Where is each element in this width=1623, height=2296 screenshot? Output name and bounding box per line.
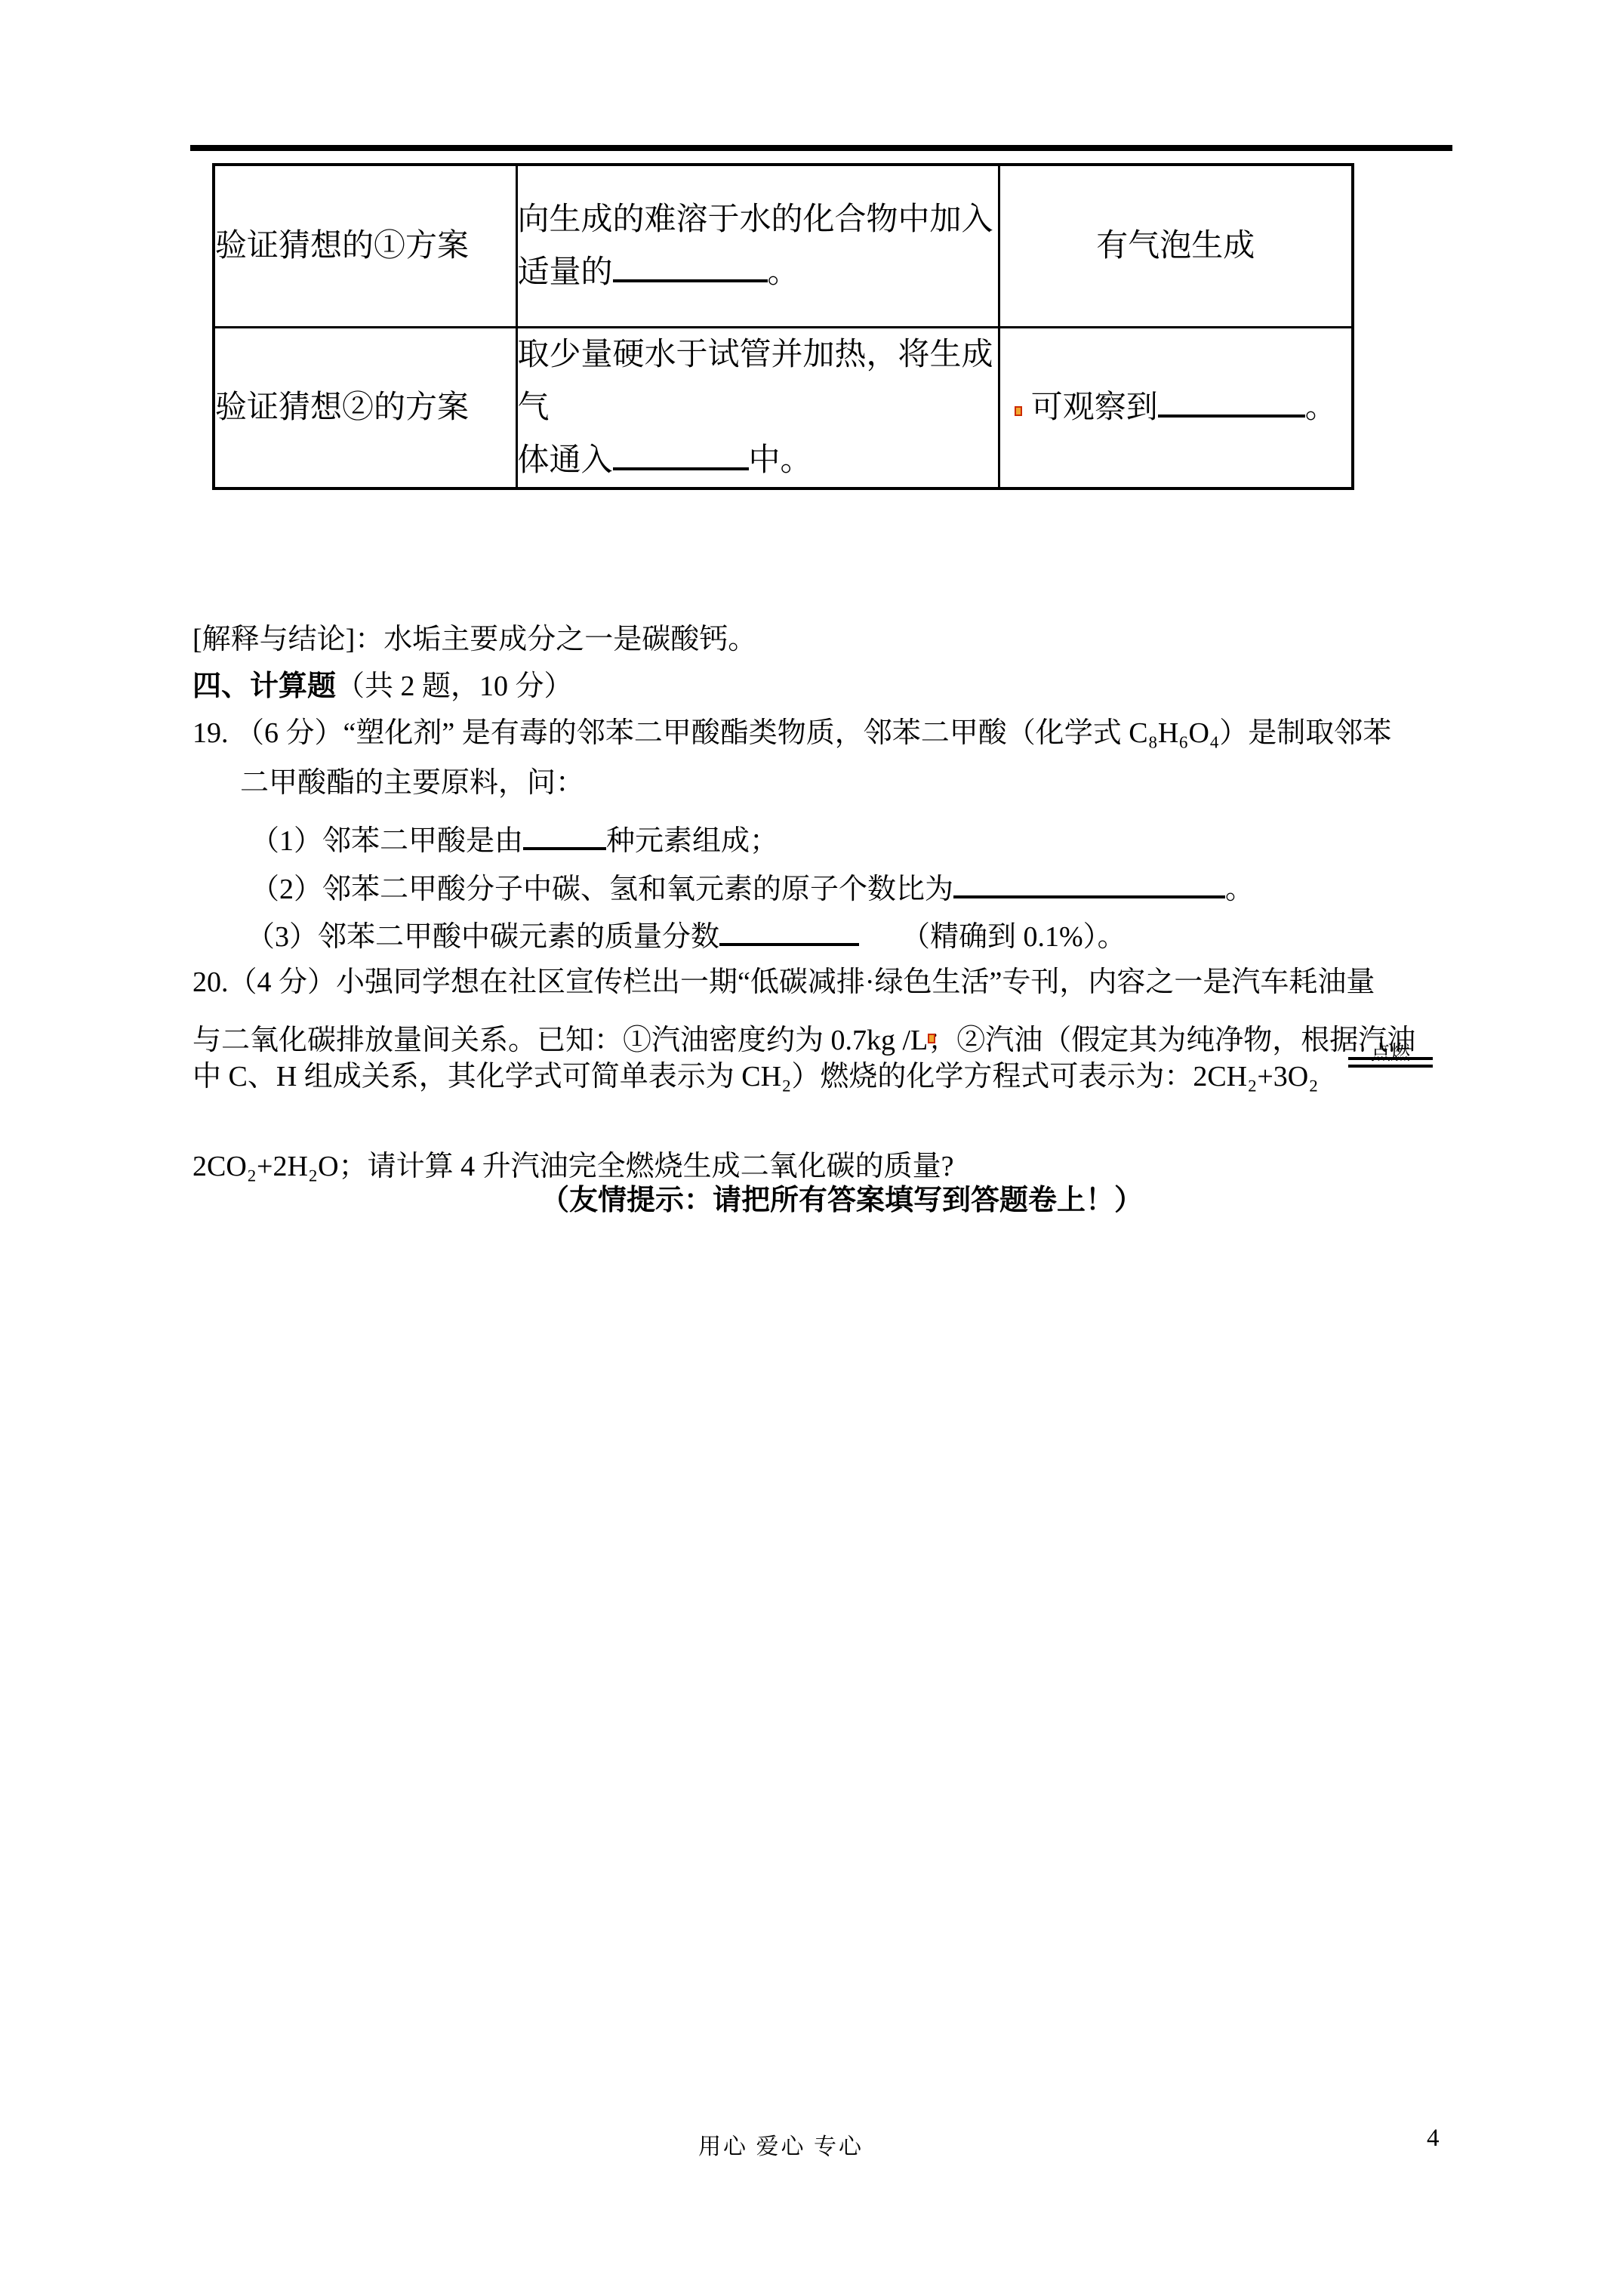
method-text-line: 向生成的难溶于水的化合物中加入: [518, 193, 998, 246]
sub-question-text-post: （精确到 0.1%）。: [901, 921, 1126, 953]
method-text-pre: 体通入: [518, 443, 613, 478]
hint-line: （友情提示：请把所有答案填写到答题卷上！）: [540, 1182, 1143, 1219]
result-cell: 有气泡生成: [999, 165, 1353, 327]
page-number: 4: [1427, 2125, 1440, 2153]
method-cell: 取少量硬水于试管并加热，将生成气 体通入中。: [516, 327, 999, 488]
annotation-marker-icon: [1015, 406, 1022, 416]
experiment-verification-table: 验证猜想的①方案 向生成的难溶于水的化合物中加入 适量的。 有气泡生成 验证猜想…: [212, 163, 1354, 490]
question-19-line-1: 19. （6 分）“塑化剂” 是有毒的邻苯二甲酸酯类物质，邻苯二甲酸（化学式 C…: [192, 715, 1391, 751]
method-text-post: 。: [768, 255, 799, 290]
method-text-post: 中。: [749, 443, 812, 478]
result-text-pre: 可观察到: [1031, 390, 1158, 425]
result-text-post: 。: [1305, 390, 1337, 425]
footer-motto: 用心 爱心 专心: [698, 2128, 864, 2161]
question-19-sub-1: （1）邻苯二甲酸是由种元素组成；: [251, 818, 778, 859]
answer-blank: [1158, 382, 1305, 418]
sub-question-text-pre: （1）邻苯二甲酸是由: [251, 825, 523, 857]
method-text-pre: 适量的: [518, 255, 613, 290]
answer-blank: [523, 818, 606, 850]
question-19-line-2: 二甲酸酯的主要原料，问：: [240, 765, 584, 801]
plan-label: 验证猜想的①方案: [215, 229, 469, 264]
sub-question-text-pre: （2）邻苯二甲酸分子中碳、氢和氧元素的原子个数比为: [251, 874, 953, 905]
question-19-sub-3: （3）邻苯二甲酸中碳元素的质量分数（精确到 0.1%）。: [246, 914, 1126, 955]
table-row: 验证猜想的①方案 向生成的难溶于水的化合物中加入 适量的。 有气泡生成: [214, 165, 1353, 327]
question-20-line-3: 中 C、H 组成关系，其化学式可简单表示为 CH₂）燃烧的化学方程式可表示为：2…: [192, 1059, 1319, 1095]
question-20-line-1: 20.（4 分）小强同学想在社区宣传栏出一期“低碳减排·绿色生活”专刊，内容之一…: [192, 964, 1375, 1000]
question-20-line-2: 与二氧化碳排放量间关系。已知：①汽油密度约为 0.7kg /L；②汽油（假定其为…: [192, 1022, 1415, 1059]
result-label: 有气泡生成: [1096, 229, 1255, 264]
section-title-note: （共 2 题，10 分）: [336, 670, 573, 702]
result-cell: 可观察到。: [999, 327, 1353, 488]
annotation-marker-icon: [928, 1034, 935, 1043]
answer-blank: [953, 866, 1225, 898]
method-text-line: 适量的。: [518, 246, 998, 299]
plan-cell: 验证猜想的①方案: [214, 165, 516, 327]
exam-paper-page: 验证猜想的①方案 向生成的难溶于水的化合物中加入 适量的。 有气泡生成 验证猜想…: [0, 0, 1623, 2296]
section-title: 四、计算题: [192, 670, 336, 702]
answer-blank: [719, 914, 859, 946]
chemical-equation-condition: 点燃: [1348, 1043, 1433, 1068]
question-20-line-4: 2CO₂+2H₂O；请计算 4 升汽油完全燃烧生成二氧化碳的质量?: [192, 1148, 953, 1185]
method-text-line: 取少量硬水于试管并加热，将生成气: [518, 328, 998, 434]
sub-question-text-pre: （3）邻苯二甲酸中碳元素的质量分数: [246, 921, 719, 953]
answer-blank: [613, 435, 749, 470]
table-row: 验证猜想②的方案 取少量硬水于试管并加热，将生成气 体通入中。 可观察到。: [214, 327, 1353, 488]
method-cell: 向生成的难溶于水的化合物中加入 适量的。: [516, 165, 999, 327]
plan-cell: 验证猜想②的方案: [214, 327, 516, 488]
question-19-sub-2: （2）邻苯二甲酸分子中碳、氢和氧元素的原子个数比为。: [251, 866, 1254, 908]
section-heading: 四、计算题（共 2 题，10 分）: [192, 668, 573, 704]
answer-blank: [613, 247, 768, 282]
sub-question-text-post: 种元素组成；: [606, 825, 778, 857]
sub-question-text-post: 。: [1225, 874, 1254, 905]
page-header-rule: [190, 145, 1452, 151]
method-text-line: 体通入中。: [518, 434, 998, 487]
conclusion-line: [解释与结论]：水垢主要成分之一是碳酸钙。: [192, 621, 756, 658]
plan-label: 验证猜想②的方案: [215, 390, 469, 425]
